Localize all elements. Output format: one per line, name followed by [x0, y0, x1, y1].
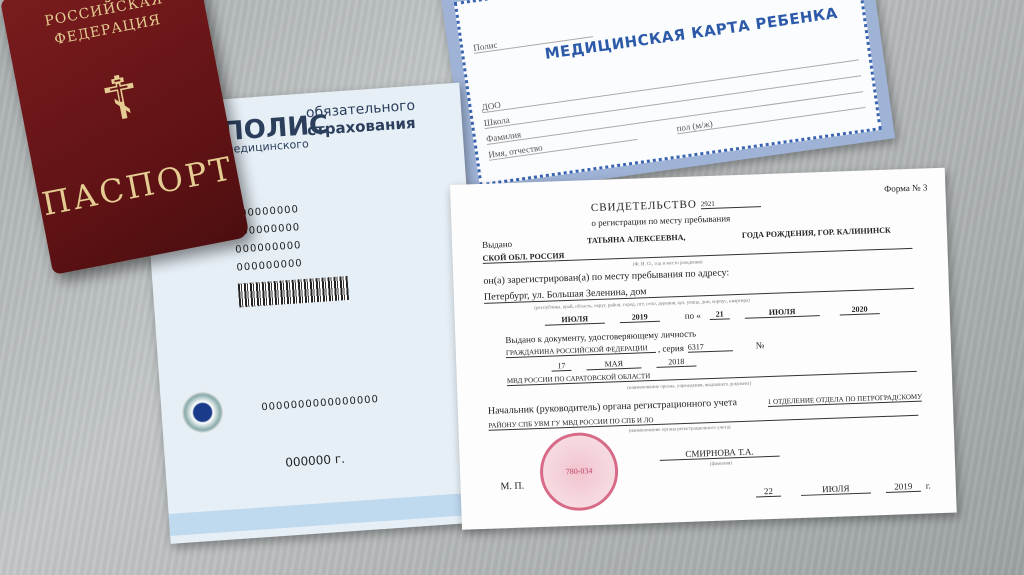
cert-subtitle: о регистрации по месту пребывания: [591, 213, 730, 228]
cert-year-suffix: г.: [926, 480, 931, 490]
cert-from-year: 2019: [620, 312, 660, 323]
cert-from-month: ИЮЛЯ: [545, 314, 605, 326]
cert-id-doc: ГРАЖДАНИНА РОССИЙСКОЙ ФЕДЕРАЦИИ: [506, 344, 656, 358]
cert-id-year: 2018: [656, 357, 696, 368]
policy-validity: 000000 г.: [285, 452, 346, 470]
cert-series: 6317: [688, 341, 733, 353]
cert-number: 2921: [701, 198, 761, 209]
cert-to-day: 21: [710, 309, 730, 320]
cert-sign-day: 22: [756, 486, 781, 498]
cert-to-label: по «: [685, 310, 701, 321]
policy-number-birthdate: 000000000: [236, 258, 303, 274]
cert-fio-note: (Ф. И. О., год и место рождения): [633, 260, 703, 267]
cert-sign-month: ИЮЛЯ: [801, 483, 871, 496]
cert-id-month: МАЯ: [586, 358, 641, 370]
cert-sign-year: 2019: [886, 481, 921, 493]
cert-signer: СМИРНОВА Т.А.: [659, 446, 779, 461]
policy-long-number: 0000000000000000: [261, 394, 379, 413]
official-stamp: 780-034: [539, 431, 620, 512]
cert-mp: М. П.: [500, 481, 524, 493]
cert-signer-note: (фамилия): [710, 461, 732, 467]
cert-id-day: 17: [551, 361, 571, 372]
cert-office-note: (наименование органа регистрационного уч…: [629, 425, 731, 434]
barcode: [238, 276, 349, 308]
cert-series-label: , серия: [658, 343, 684, 354]
cert-to-year: 2020: [839, 304, 879, 315]
cert-issued-label: Выдано: [482, 239, 512, 250]
cert-issued-to: ТАТЬЯНА АЛЕКСЕЕВНА,: [587, 233, 686, 245]
cert-birth-info: ГОДА РОЖДЕНИЯ, ГОР. КАЛИНИНСК: [742, 226, 891, 240]
cert-issuer-note: (наименование органа, учреждения, выдавш…: [627, 382, 751, 391]
double-headed-eagle-icon: ☦: [73, 47, 169, 151]
registration-certificate-document: Форма № 3 СВИДЕТЕЛЬСТВО 2921 о регистрац…: [450, 168, 957, 530]
cert-title: СВИДЕТЕЛЬСТВО: [591, 198, 697, 214]
cert-to-month: ИЮЛЯ: [744, 306, 819, 319]
policy-number-patronymic: 000000000: [235, 240, 302, 256]
cert-office-line1: 1 ОТДЕЛЕНИЕ ОТДЕЛА ПО ПЕТРОГРАДСКОМУ: [768, 393, 923, 407]
cert-form-number: Форма № 3: [884, 182, 928, 194]
policy-subtitle: обязательного страхования: [305, 98, 416, 140]
passport-title: ПАСПОРТ: [36, 148, 240, 223]
cert-no-label: №: [756, 340, 765, 350]
insurance-seal-icon: [180, 390, 225, 435]
